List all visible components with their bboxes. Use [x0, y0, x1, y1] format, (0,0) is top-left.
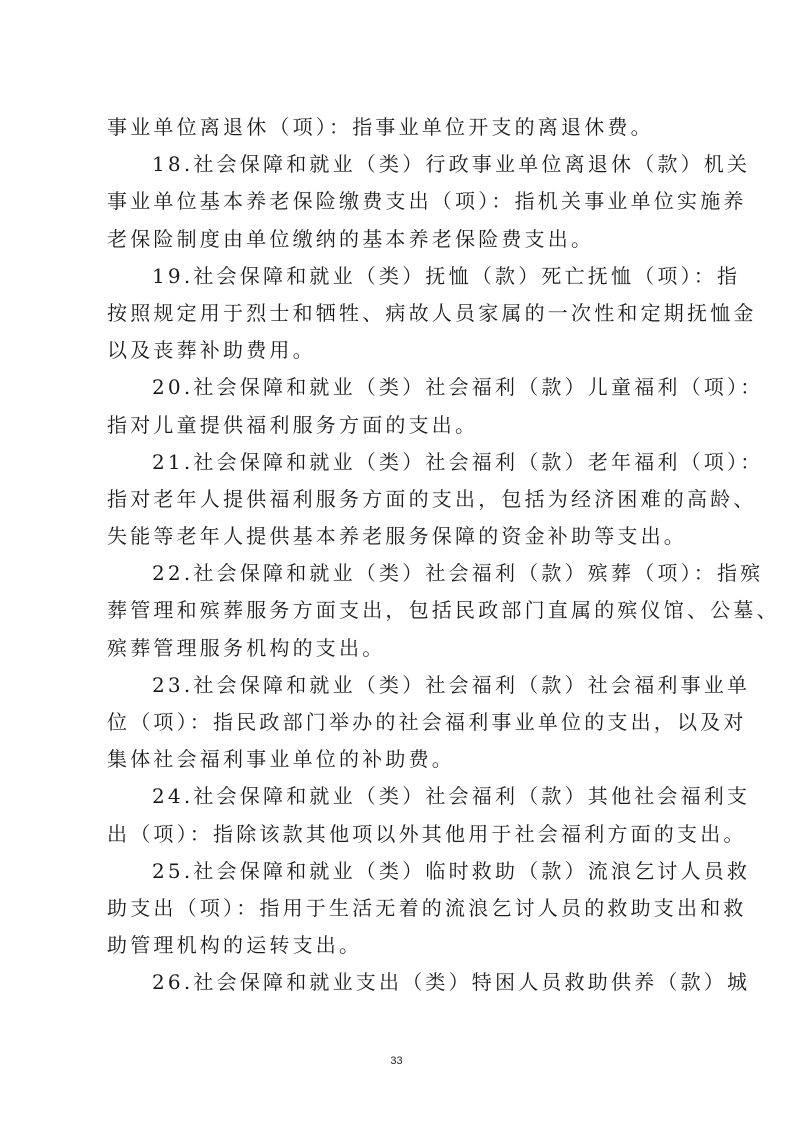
text-line: 指对老年人提供福利服务方面的支出，包括为经济困难的高龄、 [107, 481, 697, 518]
text-line-item-24: 24.社会保障和就业（类）社会福利（款）其他社会福利支 [107, 778, 697, 815]
text-line: 以及丧葬补助费用。 [107, 332, 697, 369]
text-line-item-22: 22.社会保障和就业（类）社会福利（款）殡葬（项）：指殡 [107, 555, 697, 592]
text-line-item-21: 21.社会保障和就业（类）社会福利（款）老年福利（项）： [107, 444, 697, 481]
text-line-item-20: 20.社会保障和就业（类）社会福利（款）儿童福利（项）： [107, 369, 697, 406]
text-line: 事业单位离退休（项）：指事业单位开支的离退休费。 [107, 109, 697, 146]
text-line-item-23: 23.社会保障和就业（类）社会福利（款）社会福利事业单 [107, 667, 697, 704]
text-line: 老保险制度由单位缴纳的基本养老保险费支出。 [107, 221, 697, 258]
text-line: 指对儿童提供福利服务方面的支出。 [107, 407, 697, 444]
document-body: 事业单位离退休（项）：指事业单位开支的离退休费。 18.社会保障和就业（类）行政… [107, 109, 697, 1002]
text-line: 助支出（项）：指用于生活无着的流浪乞讨人员的救助支出和救 [107, 890, 697, 927]
text-line: 事业单位基本养老保险缴费支出（项）：指机关事业单位实施养 [107, 183, 697, 220]
text-line: 出（项）：指除该款其他项以外其他用于社会福利方面的支出。 [107, 816, 697, 853]
text-line: 殡葬管理服务机构的支出。 [107, 630, 697, 667]
text-line: 助管理机构的运转支出。 [107, 927, 697, 964]
text-line-item-19: 19.社会保障和就业（类）抚恤（款）死亡抚恤（项）：指 [107, 258, 697, 295]
page-number: 33 [0, 1055, 793, 1067]
text-line: 集体社会福利事业单位的补助费。 [107, 741, 697, 778]
document-page: 事业单位离退休（项）：指事业单位开支的离退休费。 18.社会保障和就业（类）行政… [0, 0, 793, 1122]
text-line: 位（项）：指民政部门举办的社会福利事业单位的支出，以及对 [107, 704, 697, 741]
text-line-item-25: 25.社会保障和就业（类）临时救助（款）流浪乞讨人员救 [107, 853, 697, 890]
text-line-item-26: 26.社会保障和就业支出（类）特困人员救助供养（款）城 [107, 964, 697, 1001]
text-line-item-18: 18.社会保障和就业（类）行政事业单位离退休（款）机关 [107, 146, 697, 183]
text-line: 按照规定用于烈士和牺牲、病故人员家属的一次性和定期抚恤金 [107, 295, 697, 332]
text-line: 葬管理和殡葬服务方面支出，包括民政部门直属的殡仪馆、公墓、 [107, 592, 697, 629]
text-line: 失能等老年人提供基本养老服务保障的资金补助等支出。 [107, 518, 697, 555]
